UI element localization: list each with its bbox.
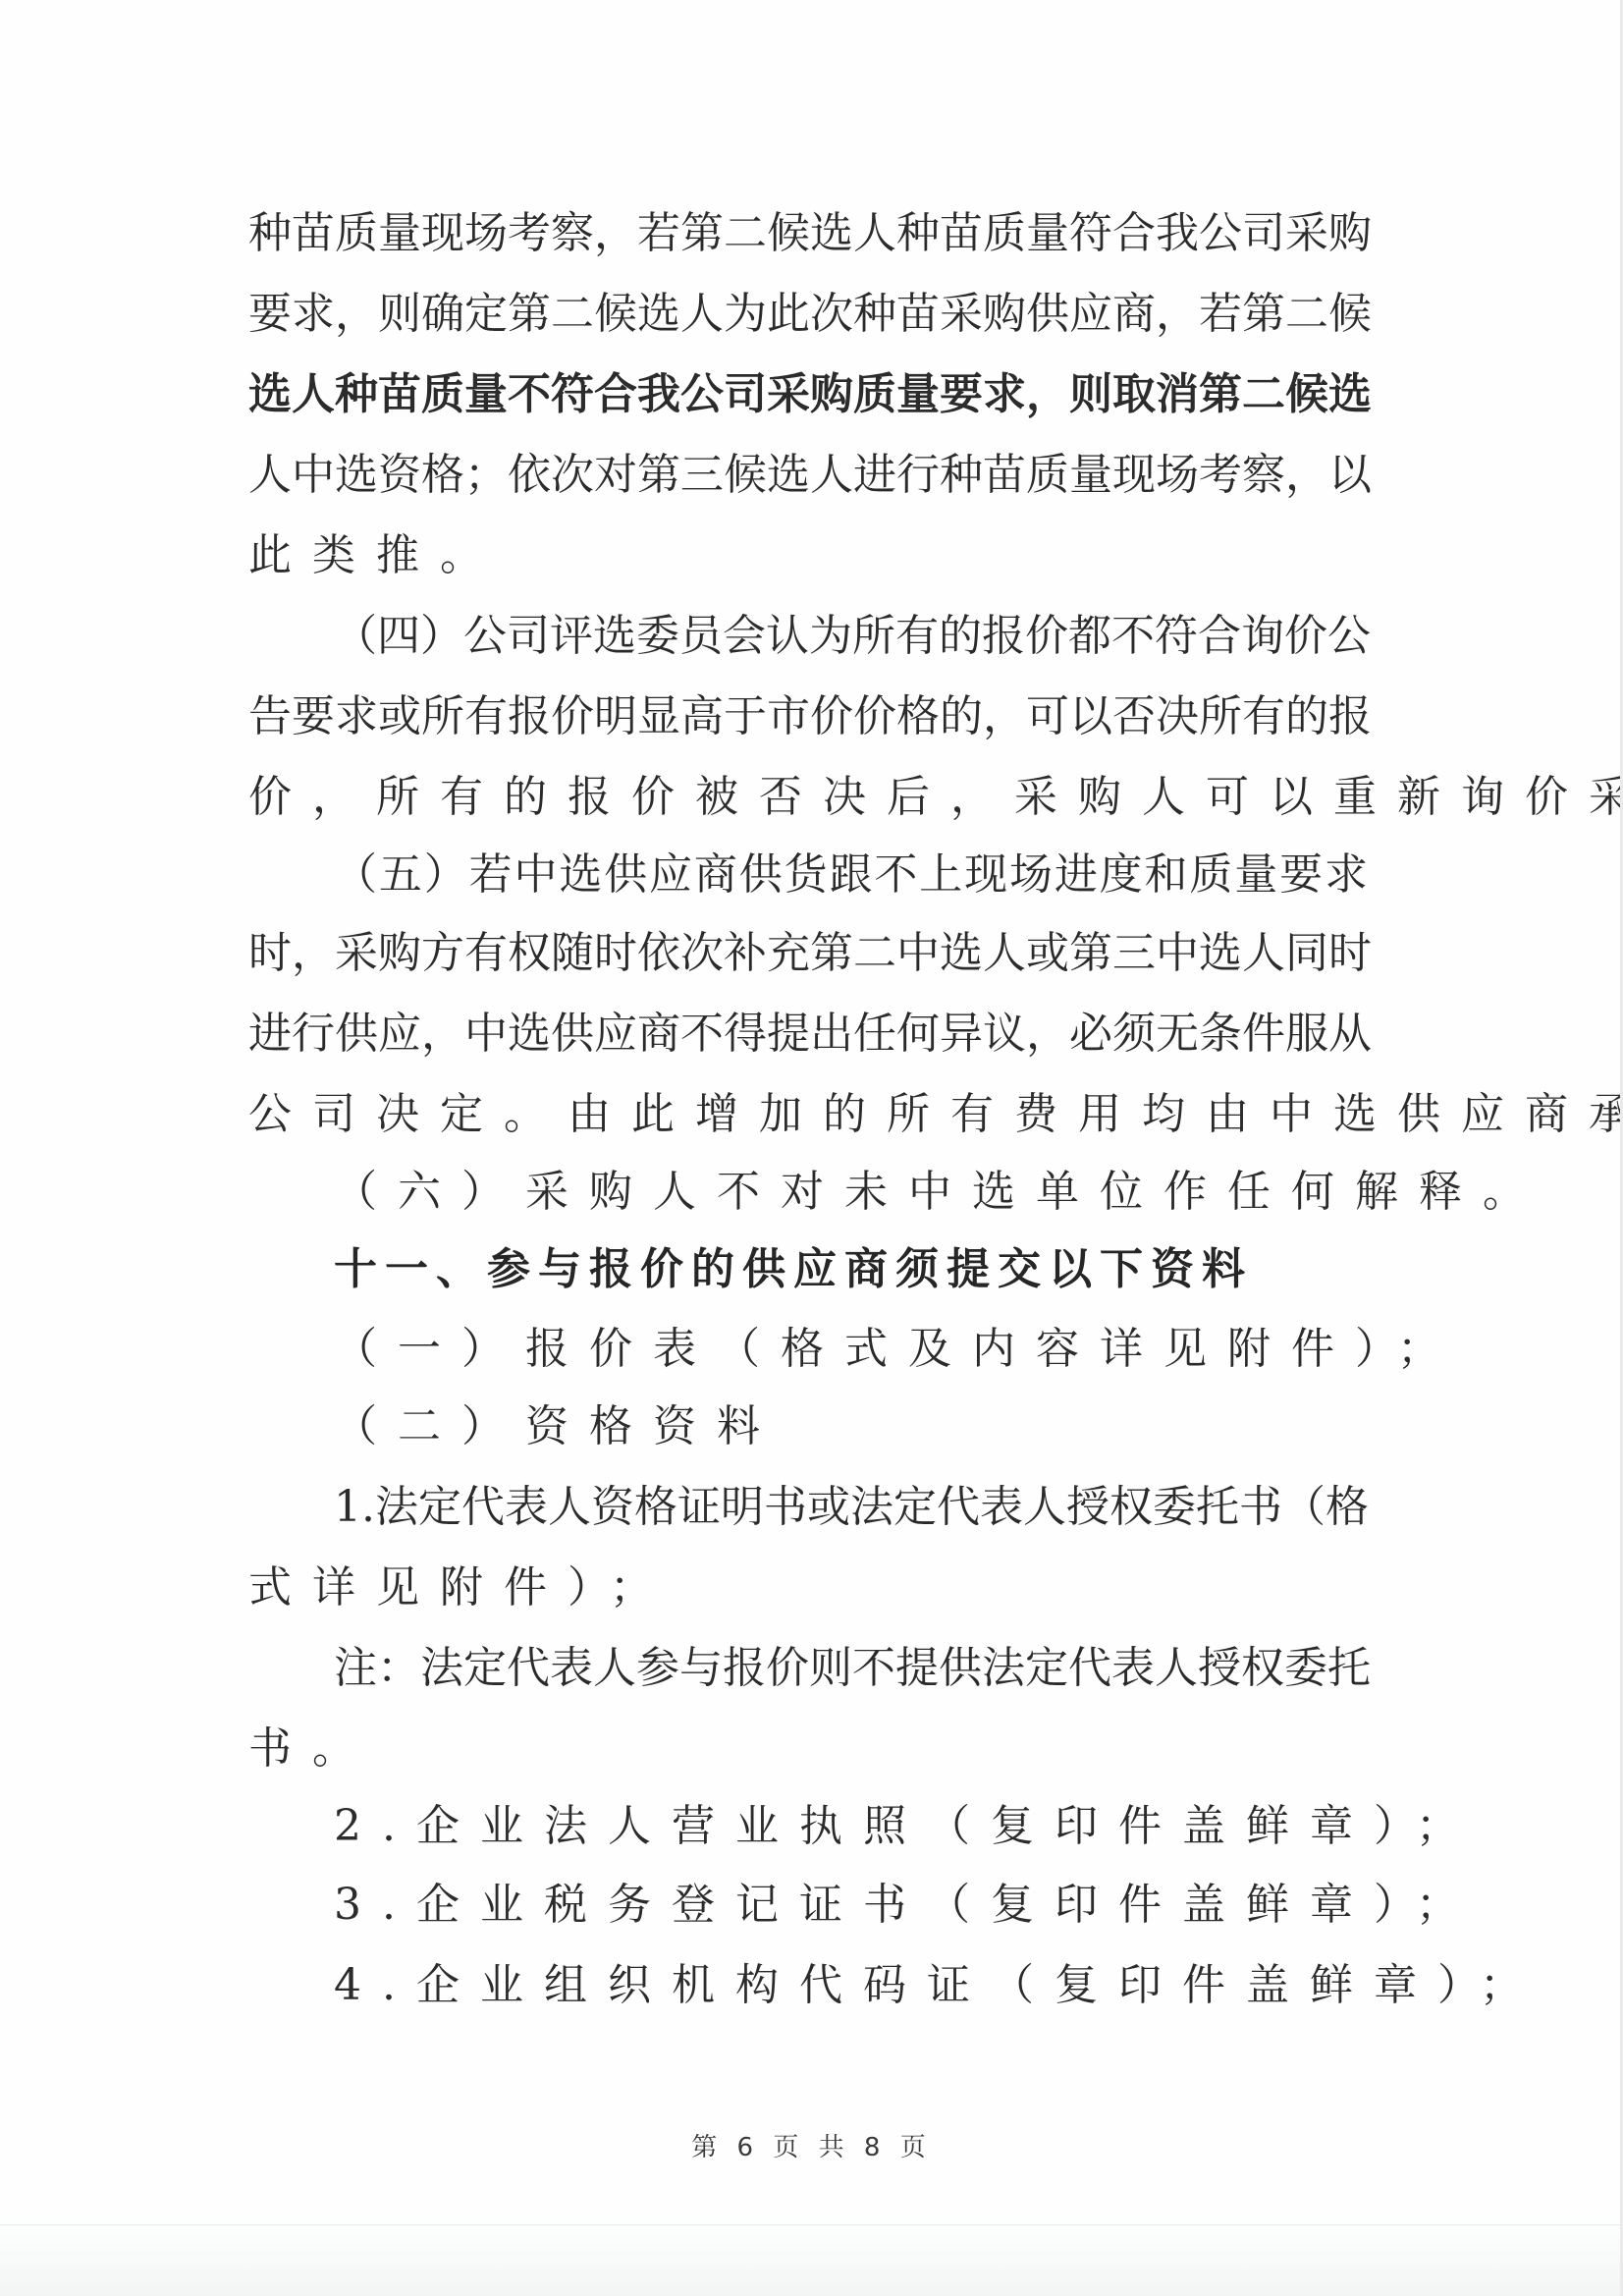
item-1-line: （一）报价表（格式及内容详见附件）； [334, 1309, 1368, 1390]
subitem-3-line: 3.企业税务登记证书（复印件盖鲜章）； [334, 1865, 1368, 1945]
text-line: 告要求或所有报价明显高于市价价格的，可以否决所有的报 [248, 677, 1368, 757]
subitem-1-line: 1.法定代表人资格证明书或法定代表人授权委托书（格 [334, 1467, 1368, 1548]
document-page: 种苗质量现场考察，若第二候选人种苗质量符合我公司采购 要求，则确定第二候选人为此… [0, 0, 1623, 2296]
text-line: 价，所有的报价被否决后，采购人可以重新询价采购。 [248, 757, 1368, 838]
text-line: 进行供应，中选供应商不得提出任何异议，必须无条件服从 [248, 994, 1368, 1074]
text-line: 此类推。 [248, 516, 1368, 596]
note-line: 注：法定代表人参与报价则不提供法定代表人授权委托 [334, 1628, 1368, 1709]
section-11-heading: 十一、参与报价的供应商须提交以下资料 [334, 1230, 1368, 1310]
item-2-line: （二）资格资料 [334, 1387, 1368, 1467]
text-line: 时，采购方有权随时依次补充第二中选人或第三中选人同时 [248, 913, 1368, 994]
clause-5-line: （五）若中选供应商供货跟不上现场进度和质量要求 [334, 835, 1368, 915]
clause-4-line: （四）公司评选委员会认为所有的报价都不符合询价公 [334, 596, 1368, 677]
scan-artifact-band [0, 2224, 1623, 2296]
text-line-emphasis: 选人种苗质量不符合我公司采购质量要求，则取消第二候选 [248, 355, 1368, 435]
text-line: 公司决定。由此增加的所有费用均由中选供应商承担。 [248, 1074, 1368, 1155]
text-line: 人中选资格；依次对第三候选人进行种苗质量现场考察，以 [248, 435, 1368, 516]
subitem-4-line: 4.企业组织机构代码证（复印件盖鲜章）； [334, 1945, 1368, 2026]
subitem-2-line: 2.企业法人营业执照（复印件盖鲜章）； [334, 1786, 1368, 1867]
text-line: 式详见附件）； [248, 1548, 1368, 1628]
text-line: 书。 [248, 1709, 1368, 1789]
page-number-footer: 第 6 页 共 8 页 [0, 2123, 1623, 2172]
text-line: 要求，则确定第二候选人为此次种苗采购供应商，若第二候 [248, 274, 1368, 355]
clause-6-line: （六）采购人不对未中选单位作任何解释。 [334, 1152, 1368, 1232]
text-line: 种苗质量现场考察，若第二候选人种苗质量符合我公司采购 [248, 193, 1368, 274]
